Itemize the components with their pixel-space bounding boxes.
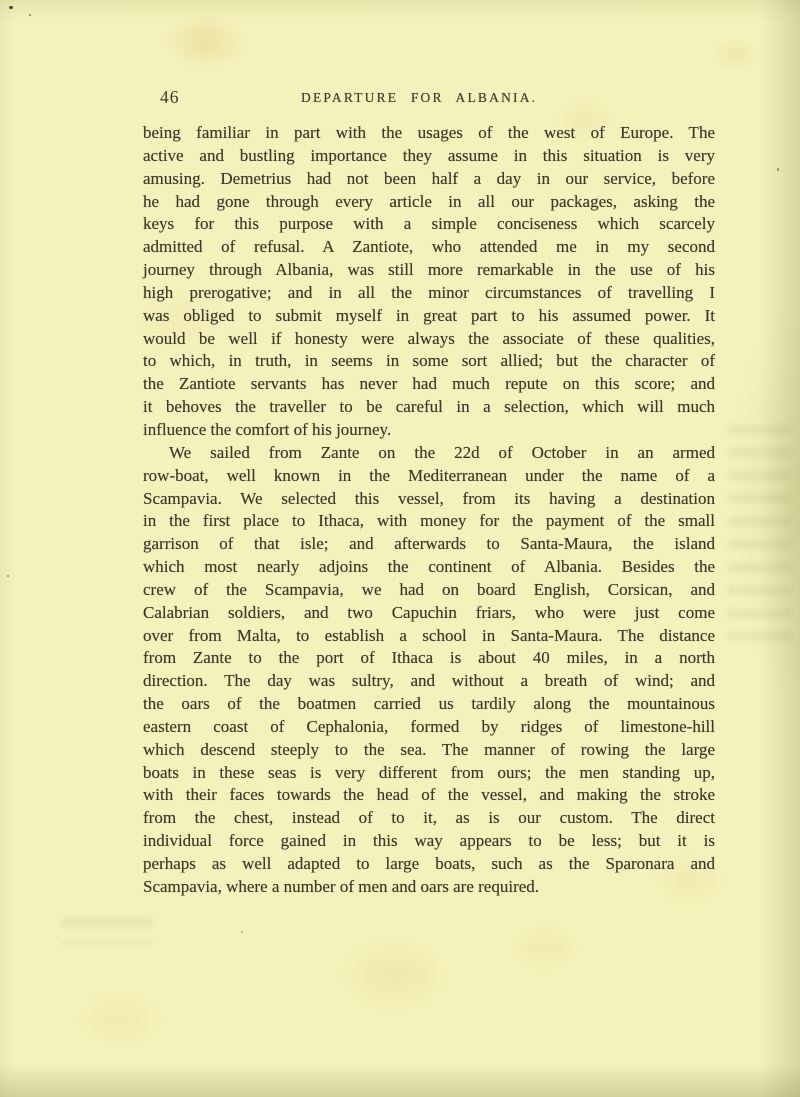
text-line: We sailed from Zante on the 22d of Octob…	[143, 442, 715, 465]
text-line: individual force gained in this way appe…	[143, 830, 715, 853]
text-line: being familiar in part with the usages o…	[143, 122, 715, 145]
text-line: amusing. Demetrius had not been half a d…	[143, 168, 715, 191]
show-through-smudge	[62, 918, 152, 944]
text-line: the oars of the boatmen carried us tardi…	[143, 693, 715, 716]
body-text: being familiar in part with the usages o…	[143, 122, 715, 899]
text-line: row-boat, well known in the Mediterranea…	[143, 465, 715, 488]
text-line: admitted of refusal. A Zantiote, who att…	[143, 236, 715, 259]
text-line: eastern coast of Cephalonia, formed by r…	[143, 716, 715, 739]
text-line: with their faces towards the head of the…	[143, 784, 715, 807]
text-line: active and bustling importance they assu…	[143, 145, 715, 168]
text-line: high prerogative; and in all the minor c…	[143, 282, 715, 305]
text-line: from the chest, instead of to it, as is …	[143, 807, 715, 830]
text-line: boats in these seas is very different fr…	[143, 762, 715, 785]
text-line: Scampavia. We selected this vessel, from…	[143, 488, 715, 511]
text-line: was obliged to submit myself in great pa…	[143, 305, 715, 328]
text-line: it behoves the traveller to be careful i…	[143, 396, 715, 419]
text-line: Calabrian soldiers, and two Capuchin fri…	[143, 602, 715, 625]
text-line: influence the comfort of his journey.	[143, 419, 715, 442]
show-through-smudge	[728, 425, 792, 655]
paper-speck	[777, 168, 779, 171]
text-line: which descend steeply to the sea. The ma…	[143, 739, 715, 762]
text-line: the Zantiote servants has never had much…	[143, 373, 715, 396]
text-line: perhaps as well adapted to large boats, …	[143, 853, 715, 876]
text-line: to which, in truth, in seems in some sor…	[143, 350, 715, 373]
paper-speck	[29, 14, 31, 16]
text-line: journey through Albania, was still more …	[143, 259, 715, 282]
text-line: garrison of that isle; and afterwards to…	[143, 533, 715, 556]
text-line: over from Malta, to establish a school i…	[143, 625, 715, 648]
text-line: would be well if honesty were always the…	[143, 328, 715, 351]
paragraph-1: being familiar in part with the usages o…	[143, 122, 715, 442]
paper-speck	[7, 575, 9, 577]
page-number: 46	[160, 87, 180, 108]
text-line: keys for this purpose with a simple conc…	[143, 213, 715, 236]
paper-speck	[9, 6, 13, 9]
paragraph-2: We sailed from Zante on the 22d of Octob…	[143, 442, 715, 899]
text-line: crew of the Scampavia, we had on board E…	[143, 579, 715, 602]
running-title: DEPARTURE FOR ALBANIA.	[301, 90, 537, 106]
text-line: in the first place to Ithaca, with money…	[143, 510, 715, 533]
book-page: 46 DEPARTURE FOR ALBANIA. being familiar…	[0, 0, 800, 1097]
text-line: from Zante to the port of Ithaca is abou…	[143, 647, 715, 670]
text-line: Scampavia, where a number of men and oar…	[143, 876, 715, 899]
text-line: he had gone through every article in all…	[143, 191, 715, 214]
paper-speck	[241, 931, 243, 933]
text-line: which most nearly adjoins the continent …	[143, 556, 715, 579]
text-line: direction. The day was sultry, and witho…	[143, 670, 715, 693]
